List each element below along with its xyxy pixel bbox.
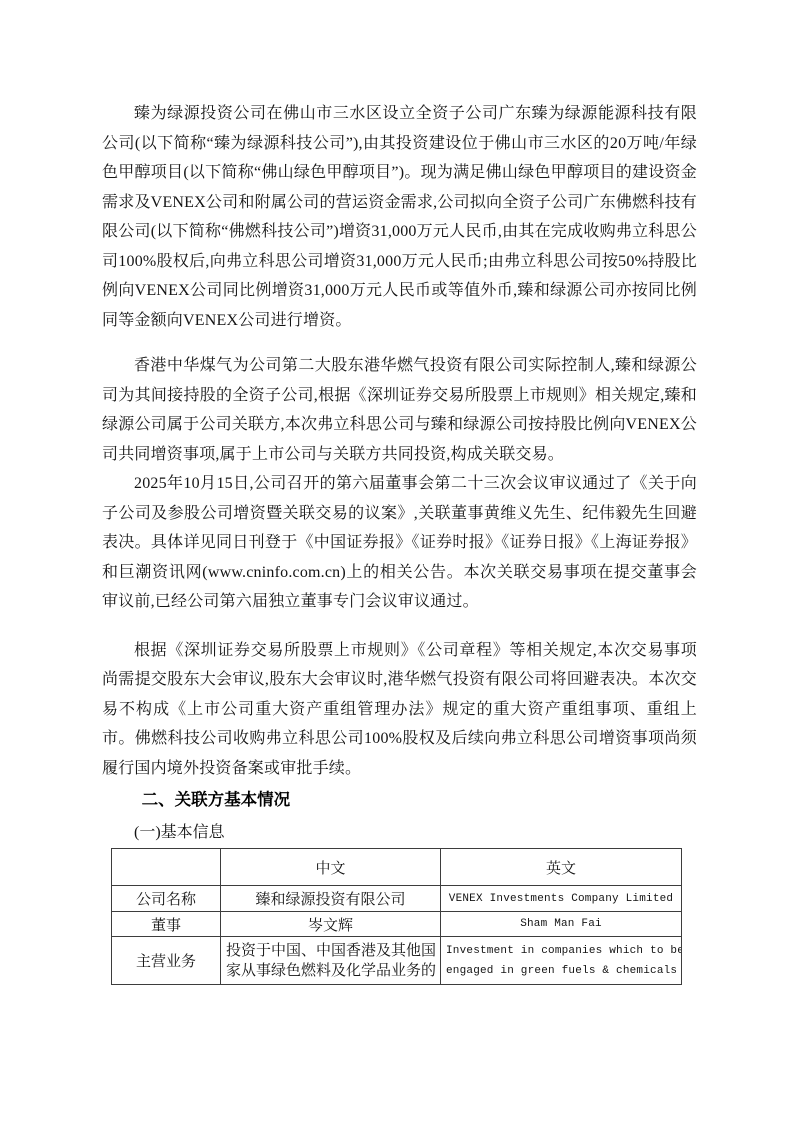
main-business-cn-line-1: 投资于中国、中国香港及其他国 xyxy=(226,941,436,961)
table-header-english: 英文 xyxy=(441,849,681,885)
table-header-chinese: 中文 xyxy=(221,849,441,885)
company-name-cn: 臻和绿源投资有限公司 xyxy=(221,886,441,911)
document-body: 臻为绿源投资公司在佛山市三水区设立全资子公司广东臻为绿源能源科技有限公司(以下简… xyxy=(102,0,697,985)
row-label-director: 董事 xyxy=(112,912,221,936)
table-row-director: 董事 岑文辉 Sham Man Fai xyxy=(112,912,681,937)
main-business-en: Investment in companies which to be enga… xyxy=(441,937,681,984)
row-label-main-business: 主营业务 xyxy=(112,937,221,984)
paragraph-approval-procedures: 根据《深圳证券交易所股票上市规则》《公司章程》等相关规定,本次交易事项尚需提交股… xyxy=(102,636,697,784)
subsection-heading-basic-info: (一)基本信息 xyxy=(102,818,697,848)
table-header-row: 中文 英文 xyxy=(112,849,681,886)
paragraph-investment-plan: 臻为绿源投资公司在佛山市三水区设立全资子公司广东臻为绿源能源科技有限公司(以下简… xyxy=(102,99,697,335)
main-business-cn: 投资于中国、中国香港及其他国 家从事绿色燃料及化学品业务的 xyxy=(221,937,441,984)
paragraph-board-meeting: 2025年10月15日,公司召开的第六届董事会第二十三次会议审议通过了《关于向子… xyxy=(102,469,697,617)
table-row-main-business: 主营业务 投资于中国、中国香港及其他国 家从事绿色燃料及化学品业务的 Inves… xyxy=(112,937,681,984)
document-page: 臻为绿源投资公司在佛山市三水区设立全资子公司广东臻为绿源能源科技有限公司(以下简… xyxy=(0,0,793,1122)
paragraph-related-party-relationship: 香港中华煤气为公司第二大股东港华燃气投资有限公司实际控制人,臻和绿源公司为其间接… xyxy=(102,351,697,469)
table-row-company-name: 公司名称 臻和绿源投资有限公司 VENEX Investments Compan… xyxy=(112,886,681,912)
main-business-cn-line-2: 家从事绿色燃料及化学品业务的 xyxy=(226,961,436,981)
main-business-en-line-1: Investment in companies which to be xyxy=(446,941,681,961)
director-cn: 岑文辉 xyxy=(221,912,441,936)
main-business-en-line-2: engaged in green fuels & chemicals xyxy=(446,961,677,981)
basic-info-table: 中文 英文 公司名称 臻和绿源投资有限公司 VENEX Investments … xyxy=(111,848,682,985)
section-heading-related-party-basic-info: 二、关联方基本情况 xyxy=(102,786,697,816)
director-en: Sham Man Fai xyxy=(441,912,681,936)
row-label-company-name: 公司名称 xyxy=(112,886,221,911)
company-name-en: VENEX Investments Company Limited xyxy=(441,886,681,911)
table-header-empty xyxy=(112,849,221,885)
